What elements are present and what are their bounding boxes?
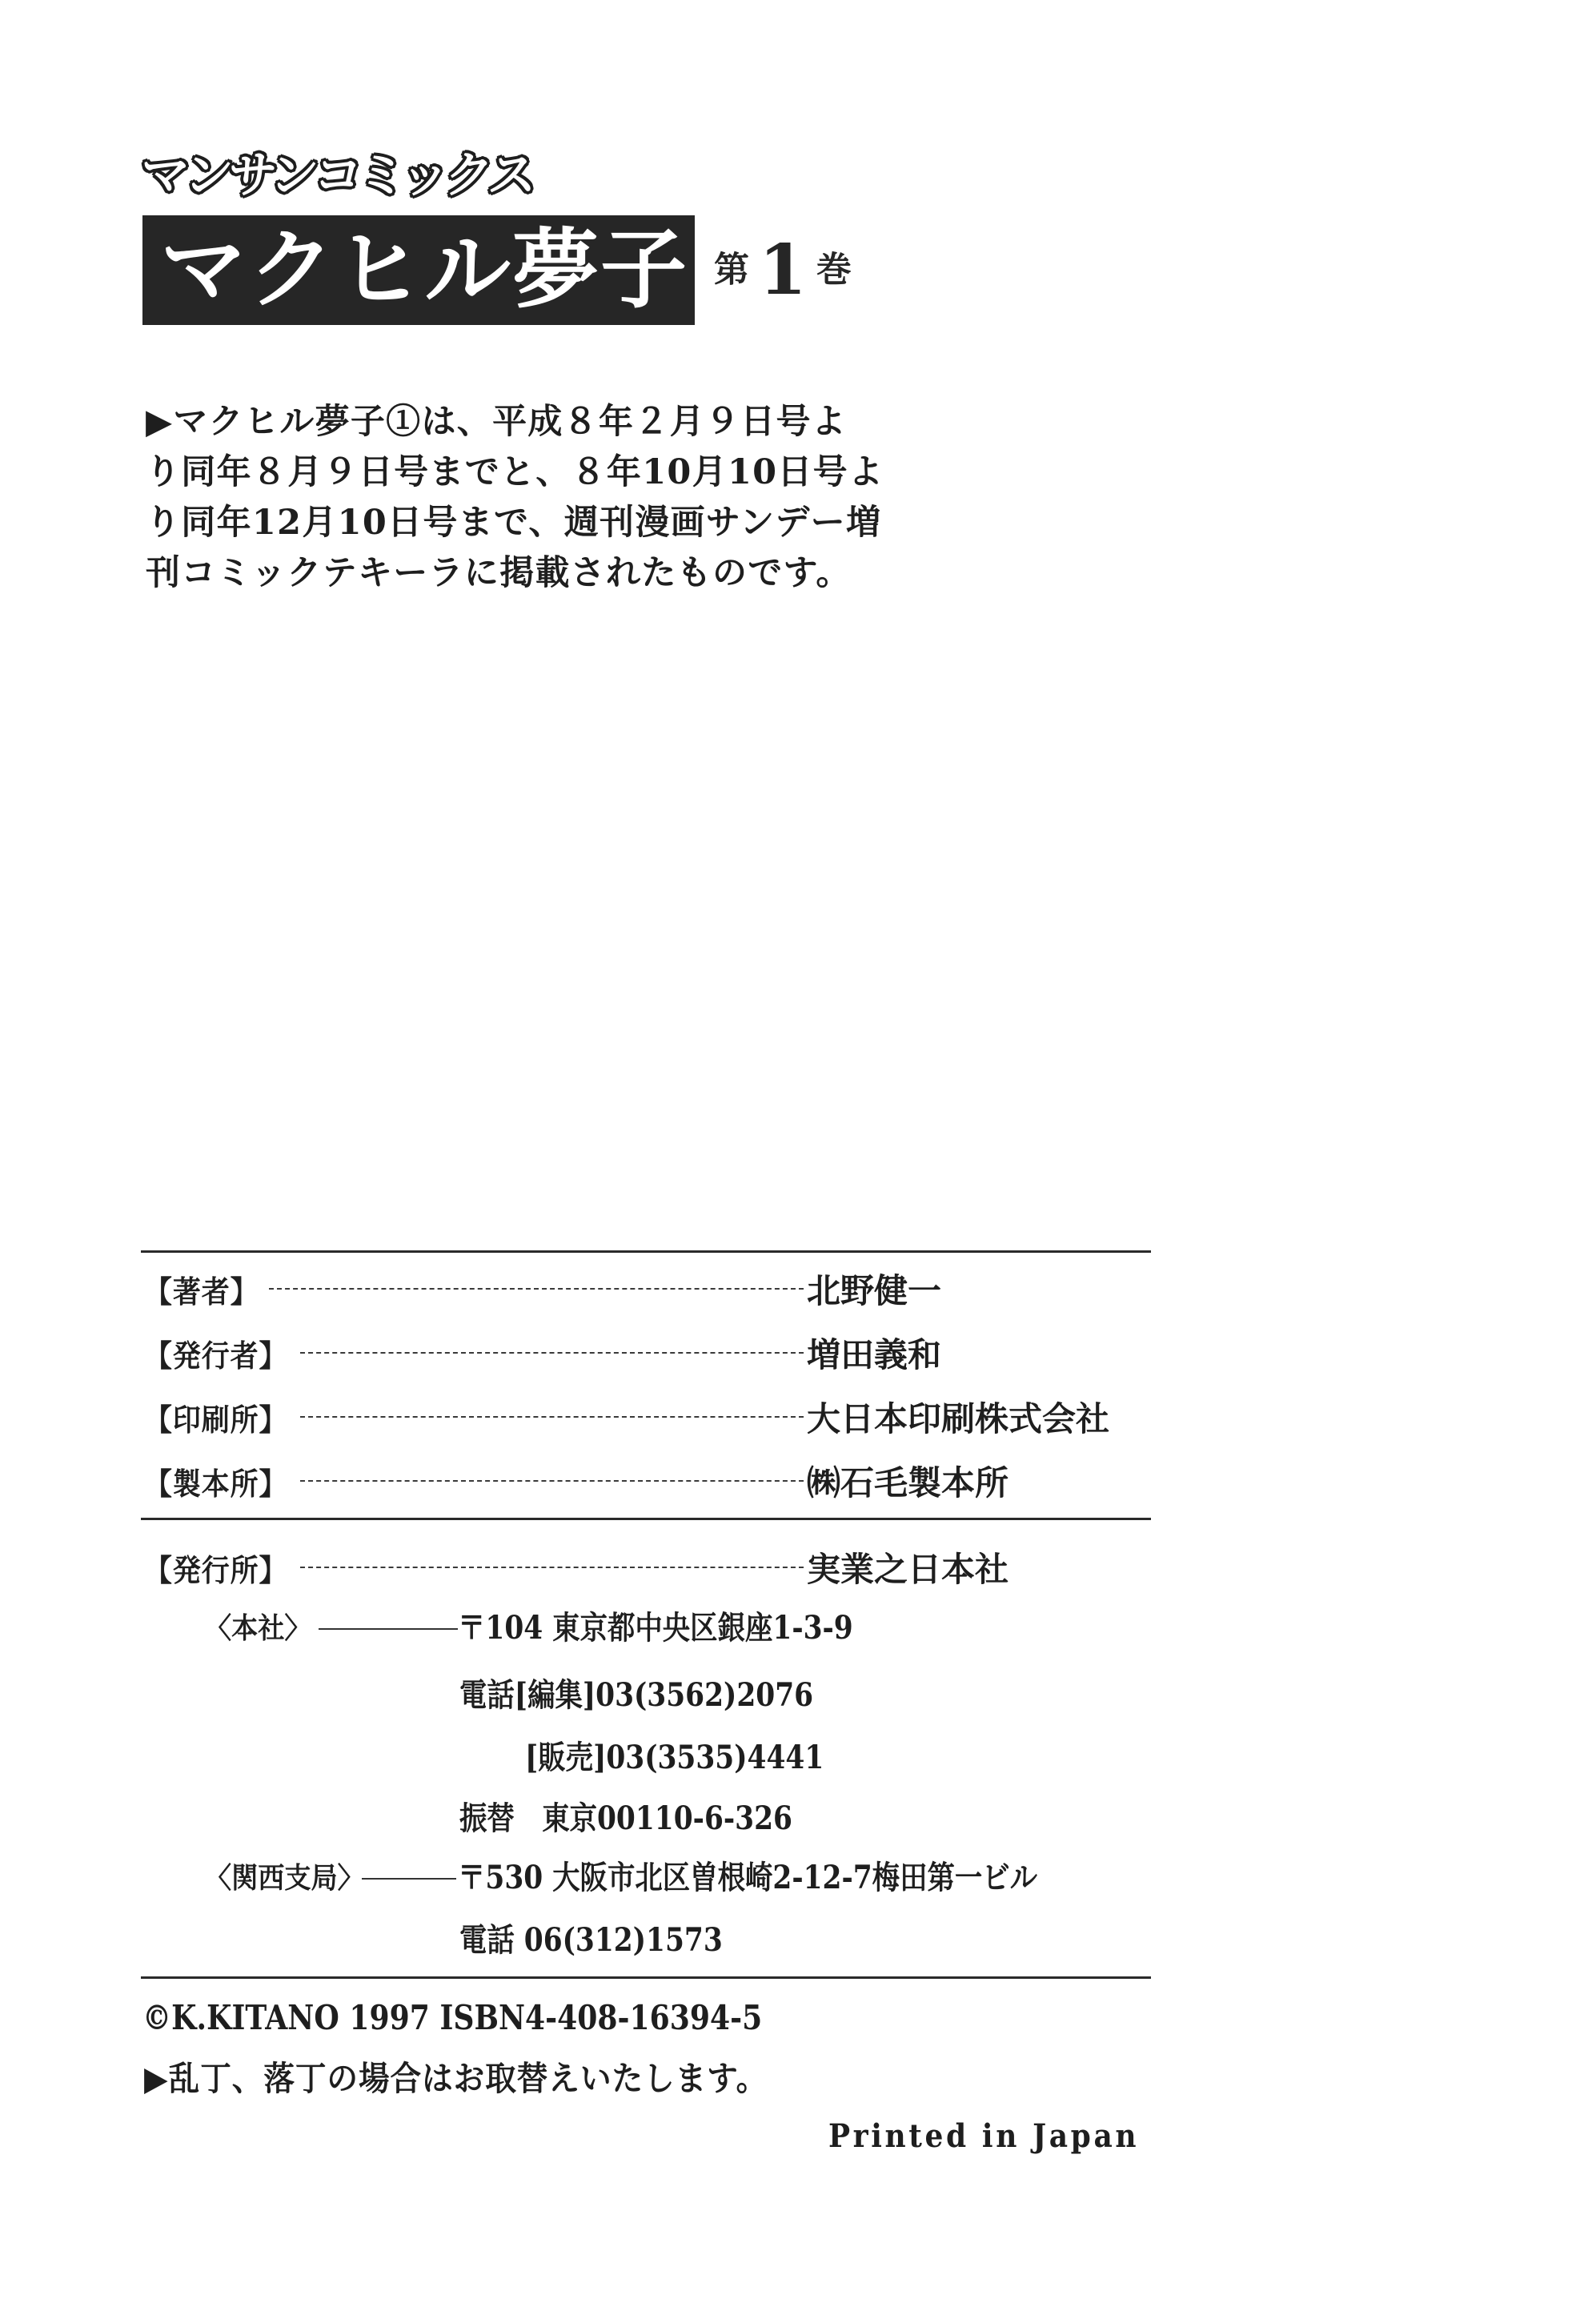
kansai-branch-label: 〈関西支局〉 <box>205 1859 364 1897</box>
dotted-leader <box>300 1352 804 1354</box>
volume-prefix: 第 <box>714 250 749 291</box>
publication-note-line: 刊コミックテキーラに掲載されたものです。 <box>146 548 866 599</box>
credit-value: 実業之日本社 <box>807 1543 1151 1591</box>
volume-suffix: 巻 <box>816 250 852 291</box>
credit-value: 大日本印刷株式会社 <box>807 1393 1151 1441</box>
head-office-phone-editorial: 電話[編集]03(3562)2076 <box>459 1676 813 1715</box>
volume-label: 第1巻 <box>714 234 852 306</box>
kansai-branch-address: 〒530 大阪市北区曽根崎2-12-7梅田第一ビル <box>458 1859 1037 1897</box>
publication-note-line: ▶マクヒル夢子①は、平成８年２月９日号よ <box>146 397 866 447</box>
dotted-leader <box>300 1480 804 1482</box>
credit-label: 【発行所】 <box>144 1546 287 1590</box>
credit-label: 【印刷所】 <box>144 1395 287 1439</box>
printed-in-japan: Printed in Japan <box>828 2116 1139 2157</box>
imprint-logo: マンサンコミックス <box>138 147 534 203</box>
credit-value: 増田義和 <box>807 1329 1151 1377</box>
divider-bottom <box>141 1976 1151 1979</box>
publication-note-line: り同年８月９日号までと、８年10月10日号よ <box>146 447 866 498</box>
dotted-leader <box>300 1416 804 1418</box>
divider-top <box>141 1250 1151 1253</box>
credit-row-printer: 【印刷所】 大日本印刷株式会社 <box>144 1398 1151 1436</box>
credit-value: ㈱石毛製本所 <box>807 1457 1151 1505</box>
credit-row-issuer: 【発行者】 増田義和 <box>144 1334 1151 1372</box>
dotted-leader <box>269 1288 804 1290</box>
publication-note-line: り同年12月10日号まで、週刊漫画サンデー増 <box>146 498 866 548</box>
volume-number: 1 <box>759 230 807 311</box>
transfer-account: 振替 東京00110-6-326 <box>459 1799 792 1838</box>
head-office-phone-sales: [販売]03(3535)4441 <box>525 1739 824 1777</box>
credit-label: 【製本所】 <box>144 1459 287 1503</box>
credit-row-binder: 【製本所】 ㈱石毛製本所 <box>144 1462 1151 1500</box>
dotted-leader <box>300 1567 804 1568</box>
kansai-branch-phone: 電話 06(312)1573 <box>459 1921 723 1960</box>
credit-label: 【発行者】 <box>144 1331 287 1375</box>
leader-line <box>362 1878 456 1880</box>
credit-row-author: 【著者】 北野健一 <box>144 1270 1151 1308</box>
head-office-address: 〒104 東京都中央区銀座1-3-9 <box>458 1609 853 1647</box>
divider-middle <box>141 1518 1151 1520</box>
title-banner: マクヒル夢子 <box>142 215 695 325</box>
publication-note: ▶マクヒル夢子①は、平成８年２月９日号よ り同年８月９日号までと、８年10月10… <box>146 397 866 599</box>
head-office-label: 〈本社〉 <box>205 1609 311 1647</box>
leader-line <box>319 1628 458 1630</box>
credit-value: 北野健一 <box>807 1265 1151 1313</box>
copyright-isbn: ©K.KITANO 1997 ISBN4-408-16394-5 <box>142 1998 762 2038</box>
credit-row-publisher: 【発行所】 実業之日本社 <box>144 1548 1151 1587</box>
credit-label: 【著者】 <box>144 1267 259 1311</box>
replacement-notice: ▶乱丁、落丁の場合はお取替えいたします。 <box>144 2059 768 2099</box>
book-title: マクヒル夢子 <box>160 215 688 325</box>
